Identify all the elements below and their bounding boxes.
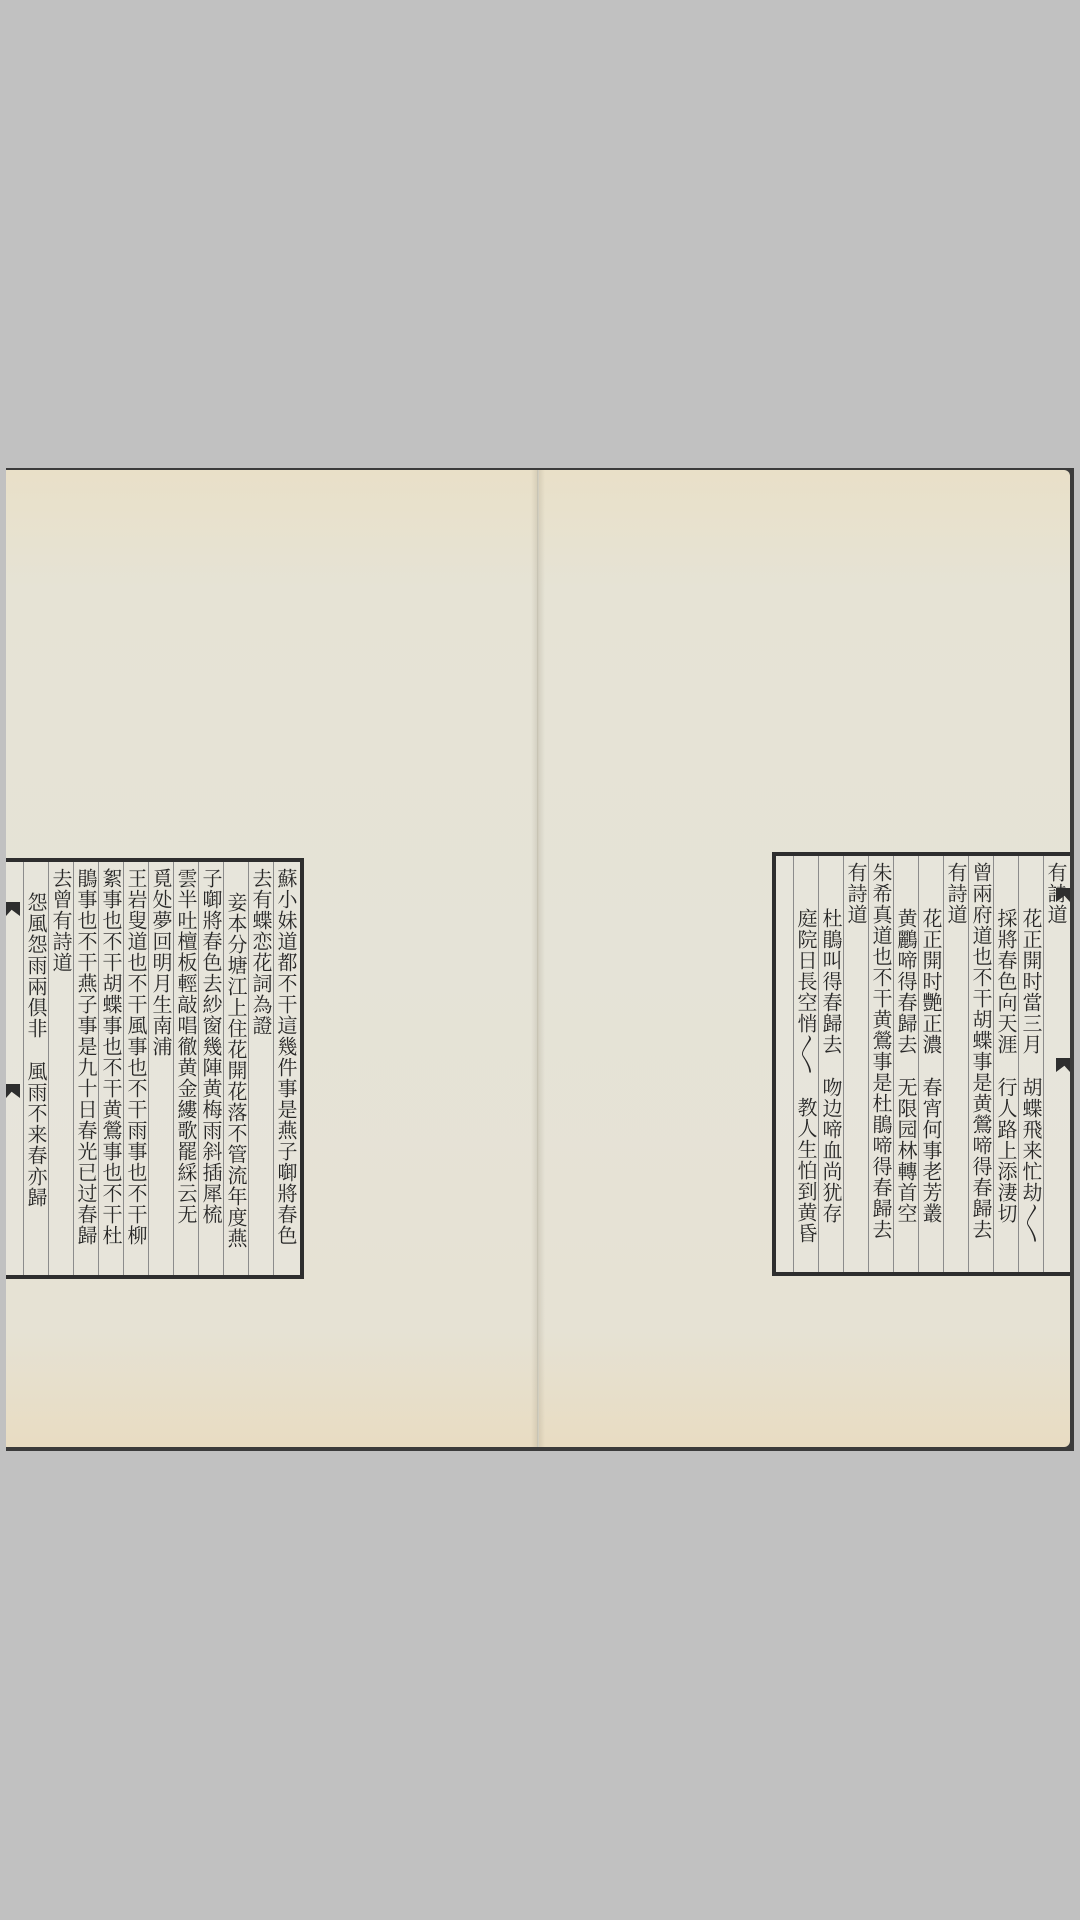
gutter-shadow — [539, 470, 545, 1447]
verse-column: 採將春色向天涯行人路上添淒切 — [993, 856, 1018, 1272]
book-spread: 蘇小妹道都不干這幾件事是燕子啣將春色 去有蝶恋花詞為證 妾本分塘江上住花開花落不… — [6, 468, 1074, 1451]
left-text-block: 蘇小妹道都不干這幾件事是燕子啣將春色 去有蝶恋花詞為證 妾本分塘江上住花開花落不… — [6, 858, 304, 1279]
verse-line: 行人路上添淒切 — [994, 1077, 1018, 1224]
right-columns: 有詩道 花正開时當三月胡蝶飛来忙劫〱 採將春色向天涯行人路上添淒切 曾兩府道也不… — [776, 856, 1070, 1272]
verse-column: 花正開时艷正濃春宵何事老芳叢 — [918, 856, 943, 1272]
right-text-block: 有詩道 花正開时當三月胡蝶飛来忙劫〱 採將春色向天涯行人路上添淒切 曾兩府道也不… — [772, 852, 1070, 1276]
column-text: 子啣將春色去紗窗幾陣黄梅雨斜插犀梳 — [199, 868, 223, 1225]
text-column: 去曾有詩道 — [48, 862, 73, 1275]
verse-column: 杜鵑叫得春歸去吻边啼血尚犹存 — [818, 856, 843, 1272]
verse-line: 風雨不来春亦歸 — [24, 1061, 48, 1208]
column-text: 朱希真道也不干黄鶯事是杜鵑啼得春歸去 — [869, 862, 893, 1240]
verse-line: 怨風怨雨兩俱非 — [24, 892, 48, 1039]
verse-line: 庭院日長空悄〱 — [794, 908, 818, 1075]
column-text: 蘇小妹道都不干這幾件事是燕子啣將春色 — [274, 868, 298, 1246]
right-page: 有詩道 花正開时當三月胡蝶飛来忙劫〱 採將春色向天涯行人路上添淒切 曾兩府道也不… — [538, 470, 1070, 1447]
text-column: 子啣將春色去紗窗幾陣黄梅雨斜插犀梳 — [198, 862, 223, 1275]
gutter-shadow — [531, 470, 537, 1447]
empty-column — [778, 856, 793, 1272]
text-column: 有詩道 — [843, 856, 868, 1272]
column-text: 妾本分塘江上住花開花落不管流年度燕 — [224, 892, 248, 1249]
left-page: 蘇小妹道都不干這幾件事是燕子啣將春色 去有蝶恋花詞為證 妾本分塘江上住花開花落不… — [6, 470, 538, 1447]
verse-line: 花正開时當三月 — [1019, 908, 1043, 1055]
empty-column — [8, 862, 23, 1275]
text-column: 蘇小妹道都不干這幾件事是燕子啣將春色 — [273, 862, 298, 1275]
text-column: 絮事也不干胡蝶事也不干黄鶯事也不干杜 — [98, 862, 123, 1275]
column-text: 有詩道 — [944, 862, 968, 925]
column-text: 曾兩府道也不干胡蝶事是黄鶯啼得春歸去 — [969, 862, 993, 1240]
verse-column: 黄鸝啼得春歸去无限园林轉首空 — [893, 856, 918, 1272]
verse-line: 吻边啼血尚犹存 — [819, 1077, 843, 1224]
verse-column: 花正開时當三月胡蝶飛来忙劫〱 — [1018, 856, 1043, 1272]
text-column: 曾兩府道也不干胡蝶事是黄鶯啼得春歸去 — [968, 856, 993, 1272]
verse-line: 无限园林轉首空 — [894, 1077, 918, 1224]
text-column: 雲半吐檀板輕敲唱徹黄金縷歌罷綵云无 — [173, 862, 198, 1275]
column-text: 覓处夢回明月生南浦 — [149, 868, 173, 1057]
text-column: 鵑事也不干燕子事是九十日春光已过春歸 — [73, 862, 98, 1275]
verse-line: 胡蝶飛来忙劫〱 — [1019, 1077, 1043, 1244]
text-column: 有詩道 — [943, 856, 968, 1272]
verse-line: 春宵何事老芳叢 — [919, 1077, 943, 1224]
column-text: 王岩叟道也不干風事也不干雨事也不干柳 — [124, 868, 148, 1246]
verse-line: 花正開时艷正濃 — [919, 908, 943, 1055]
text-column: 覓处夢回明月生南浦 — [148, 862, 173, 1275]
verse-line: 杜鵑叫得春歸去 — [819, 908, 843, 1055]
column-text: 絮事也不干胡蝶事也不干黄鶯事也不干杜 — [99, 868, 123, 1246]
text-column: 朱希真道也不干黄鶯事是杜鵑啼得春歸去 — [868, 856, 893, 1272]
verse-line: 採將春色向天涯 — [994, 908, 1018, 1055]
verse-line: 黄鸝啼得春歸去 — [894, 908, 918, 1055]
verse-column: 怨風怨雨兩俱非風雨不来春亦歸 — [23, 862, 48, 1275]
left-columns: 蘇小妹道都不干這幾件事是燕子啣將春色 去有蝶恋花詞為證 妾本分塘江上住花開花落不… — [6, 862, 300, 1275]
text-column: 妾本分塘江上住花開花落不管流年度燕 — [223, 862, 248, 1275]
verse-column: 庭院日長空悄〱教人生怕到黄昏 — [793, 856, 818, 1272]
text-column: 王岩叟道也不干風事也不干雨事也不干柳 — [123, 862, 148, 1275]
text-column: 去有蝶恋花詞為證 — [248, 862, 273, 1275]
column-text: 去曾有詩道 — [49, 868, 73, 973]
verse-line: 教人生怕到黄昏 — [794, 1097, 818, 1244]
column-text: 有詩道 — [844, 862, 868, 925]
column-text: 鵑事也不干燕子事是九十日春光已过春歸 — [74, 868, 98, 1246]
column-text: 去有蝶恋花詞為證 — [249, 868, 273, 1036]
column-text: 雲半吐檀板輕敲唱徹黄金縷歌罷綵云无 — [174, 868, 198, 1225]
